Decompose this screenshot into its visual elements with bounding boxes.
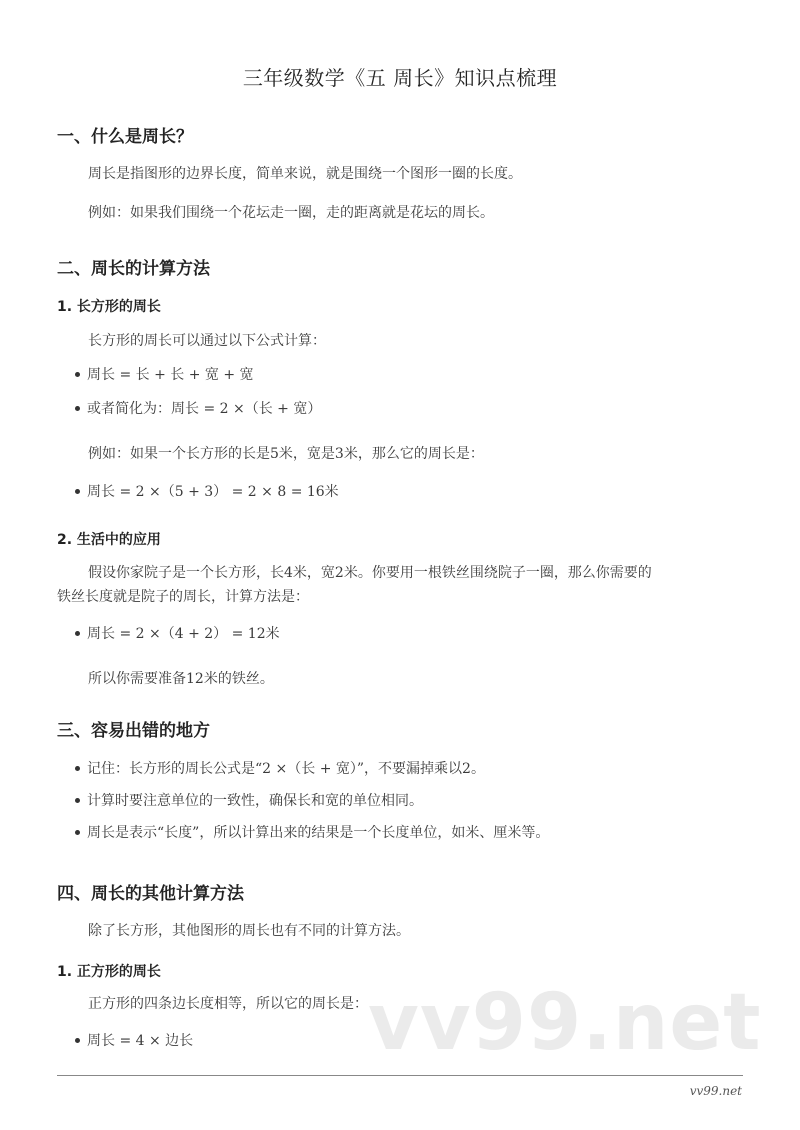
footer-divider bbox=[57, 1075, 743, 1076]
section-heading-3: 三、容易出错的地方 bbox=[57, 716, 210, 741]
bullet-icon bbox=[75, 766, 80, 771]
list-item-text: 周长是表示“长度”，所以计算出来的结果是一个长度单位，如米、厘米等。 bbox=[87, 825, 549, 841]
bullet-icon bbox=[75, 489, 80, 494]
list-item: 周长 = 2 ×（5 + 3） = 2 × 8 = 16米 bbox=[75, 481, 339, 501]
subsection-heading: 1. 长方形的周长 bbox=[57, 296, 161, 316]
paragraph: 假设你家院子是一个长方形，长4米，宽2米。你要用一根铁丝围绕院子一圈，那么你需要… bbox=[88, 562, 652, 582]
list-item-text: 周长 = 长 + 长 + 宽 + 宽 bbox=[87, 367, 254, 383]
watermark: vv99.net bbox=[368, 978, 762, 1068]
section-heading-1: 一、什么是周长？ bbox=[57, 122, 193, 147]
list-item-text: 周长 = 2 ×（4 + 2） = 12米 bbox=[87, 626, 280, 642]
list-item-text: 记住：长方形的周长公式是“2 ×（长 + 宽）”，不要漏掉乘以2。 bbox=[87, 761, 485, 777]
list-item: 周长是表示“长度”，所以计算出来的结果是一个长度单位，如米、厘米等。 bbox=[75, 822, 549, 842]
paragraph: 周长是指图形的边界长度，简单来说，就是围绕一个图形一圈的长度。 bbox=[88, 163, 522, 183]
subsection-heading: 1. 正方形的周长 bbox=[57, 961, 161, 981]
bullet-icon bbox=[75, 798, 80, 803]
paragraph: 长方形的周长可以通过以下公式计算： bbox=[88, 330, 326, 350]
paragraph: 正方形的四条边长度相等，所以它的周长是： bbox=[88, 993, 368, 1013]
paragraph-continued: 铁丝长度就是院子的周长，计算方法是： bbox=[57, 586, 309, 606]
paragraph: 所以你需要准备12米的铁丝。 bbox=[88, 668, 274, 688]
list-item: 周长 = 4 × 边长 bbox=[75, 1030, 193, 1050]
paragraph: 例如：如果我们围绕一个花坛走一圈，走的距离就是花坛的周长。 bbox=[88, 202, 494, 222]
bullet-icon bbox=[75, 1038, 80, 1043]
list-item: 周长 = 2 ×（4 + 2） = 12米 bbox=[75, 623, 280, 643]
bullet-icon bbox=[75, 631, 80, 636]
list-item-text: 周长 = 2 ×（5 + 3） = 2 × 8 = 16米 bbox=[87, 484, 339, 500]
list-item-text: 周长 = 4 × 边长 bbox=[87, 1033, 193, 1049]
paragraph: 例如：如果一个长方形的长是5米，宽是3米，那么它的周长是： bbox=[88, 443, 484, 463]
section-heading-4: 四、周长的其他计算方法 bbox=[57, 879, 244, 904]
list-item-text: 计算时要注意单位的一致性，确保长和宽的单位相同。 bbox=[87, 793, 423, 809]
list-item-text: 或者简化为：周长 = 2 ×（长 + 宽） bbox=[87, 401, 321, 417]
section-heading-2: 二、周长的计算方法 bbox=[57, 254, 210, 279]
paragraph: 除了长方形，其他图形的周长也有不同的计算方法。 bbox=[88, 920, 410, 940]
list-item: 计算时要注意单位的一致性，确保长和宽的单位相同。 bbox=[75, 790, 423, 810]
list-item: 记住：长方形的周长公式是“2 ×（长 + 宽）”，不要漏掉乘以2。 bbox=[75, 758, 485, 778]
list-item: 或者简化为：周长 = 2 ×（长 + 宽） bbox=[75, 398, 321, 418]
bullet-icon bbox=[75, 372, 80, 377]
bullet-icon bbox=[75, 830, 80, 835]
page-title: 三年级数学《五 周长》知识点梳理 bbox=[0, 62, 800, 91]
footer-text: vv99.net bbox=[690, 1084, 742, 1098]
bullet-icon bbox=[75, 406, 80, 411]
subsection-heading: 2. 生活中的应用 bbox=[57, 529, 161, 549]
list-item: 周长 = 长 + 长 + 宽 + 宽 bbox=[75, 364, 254, 384]
